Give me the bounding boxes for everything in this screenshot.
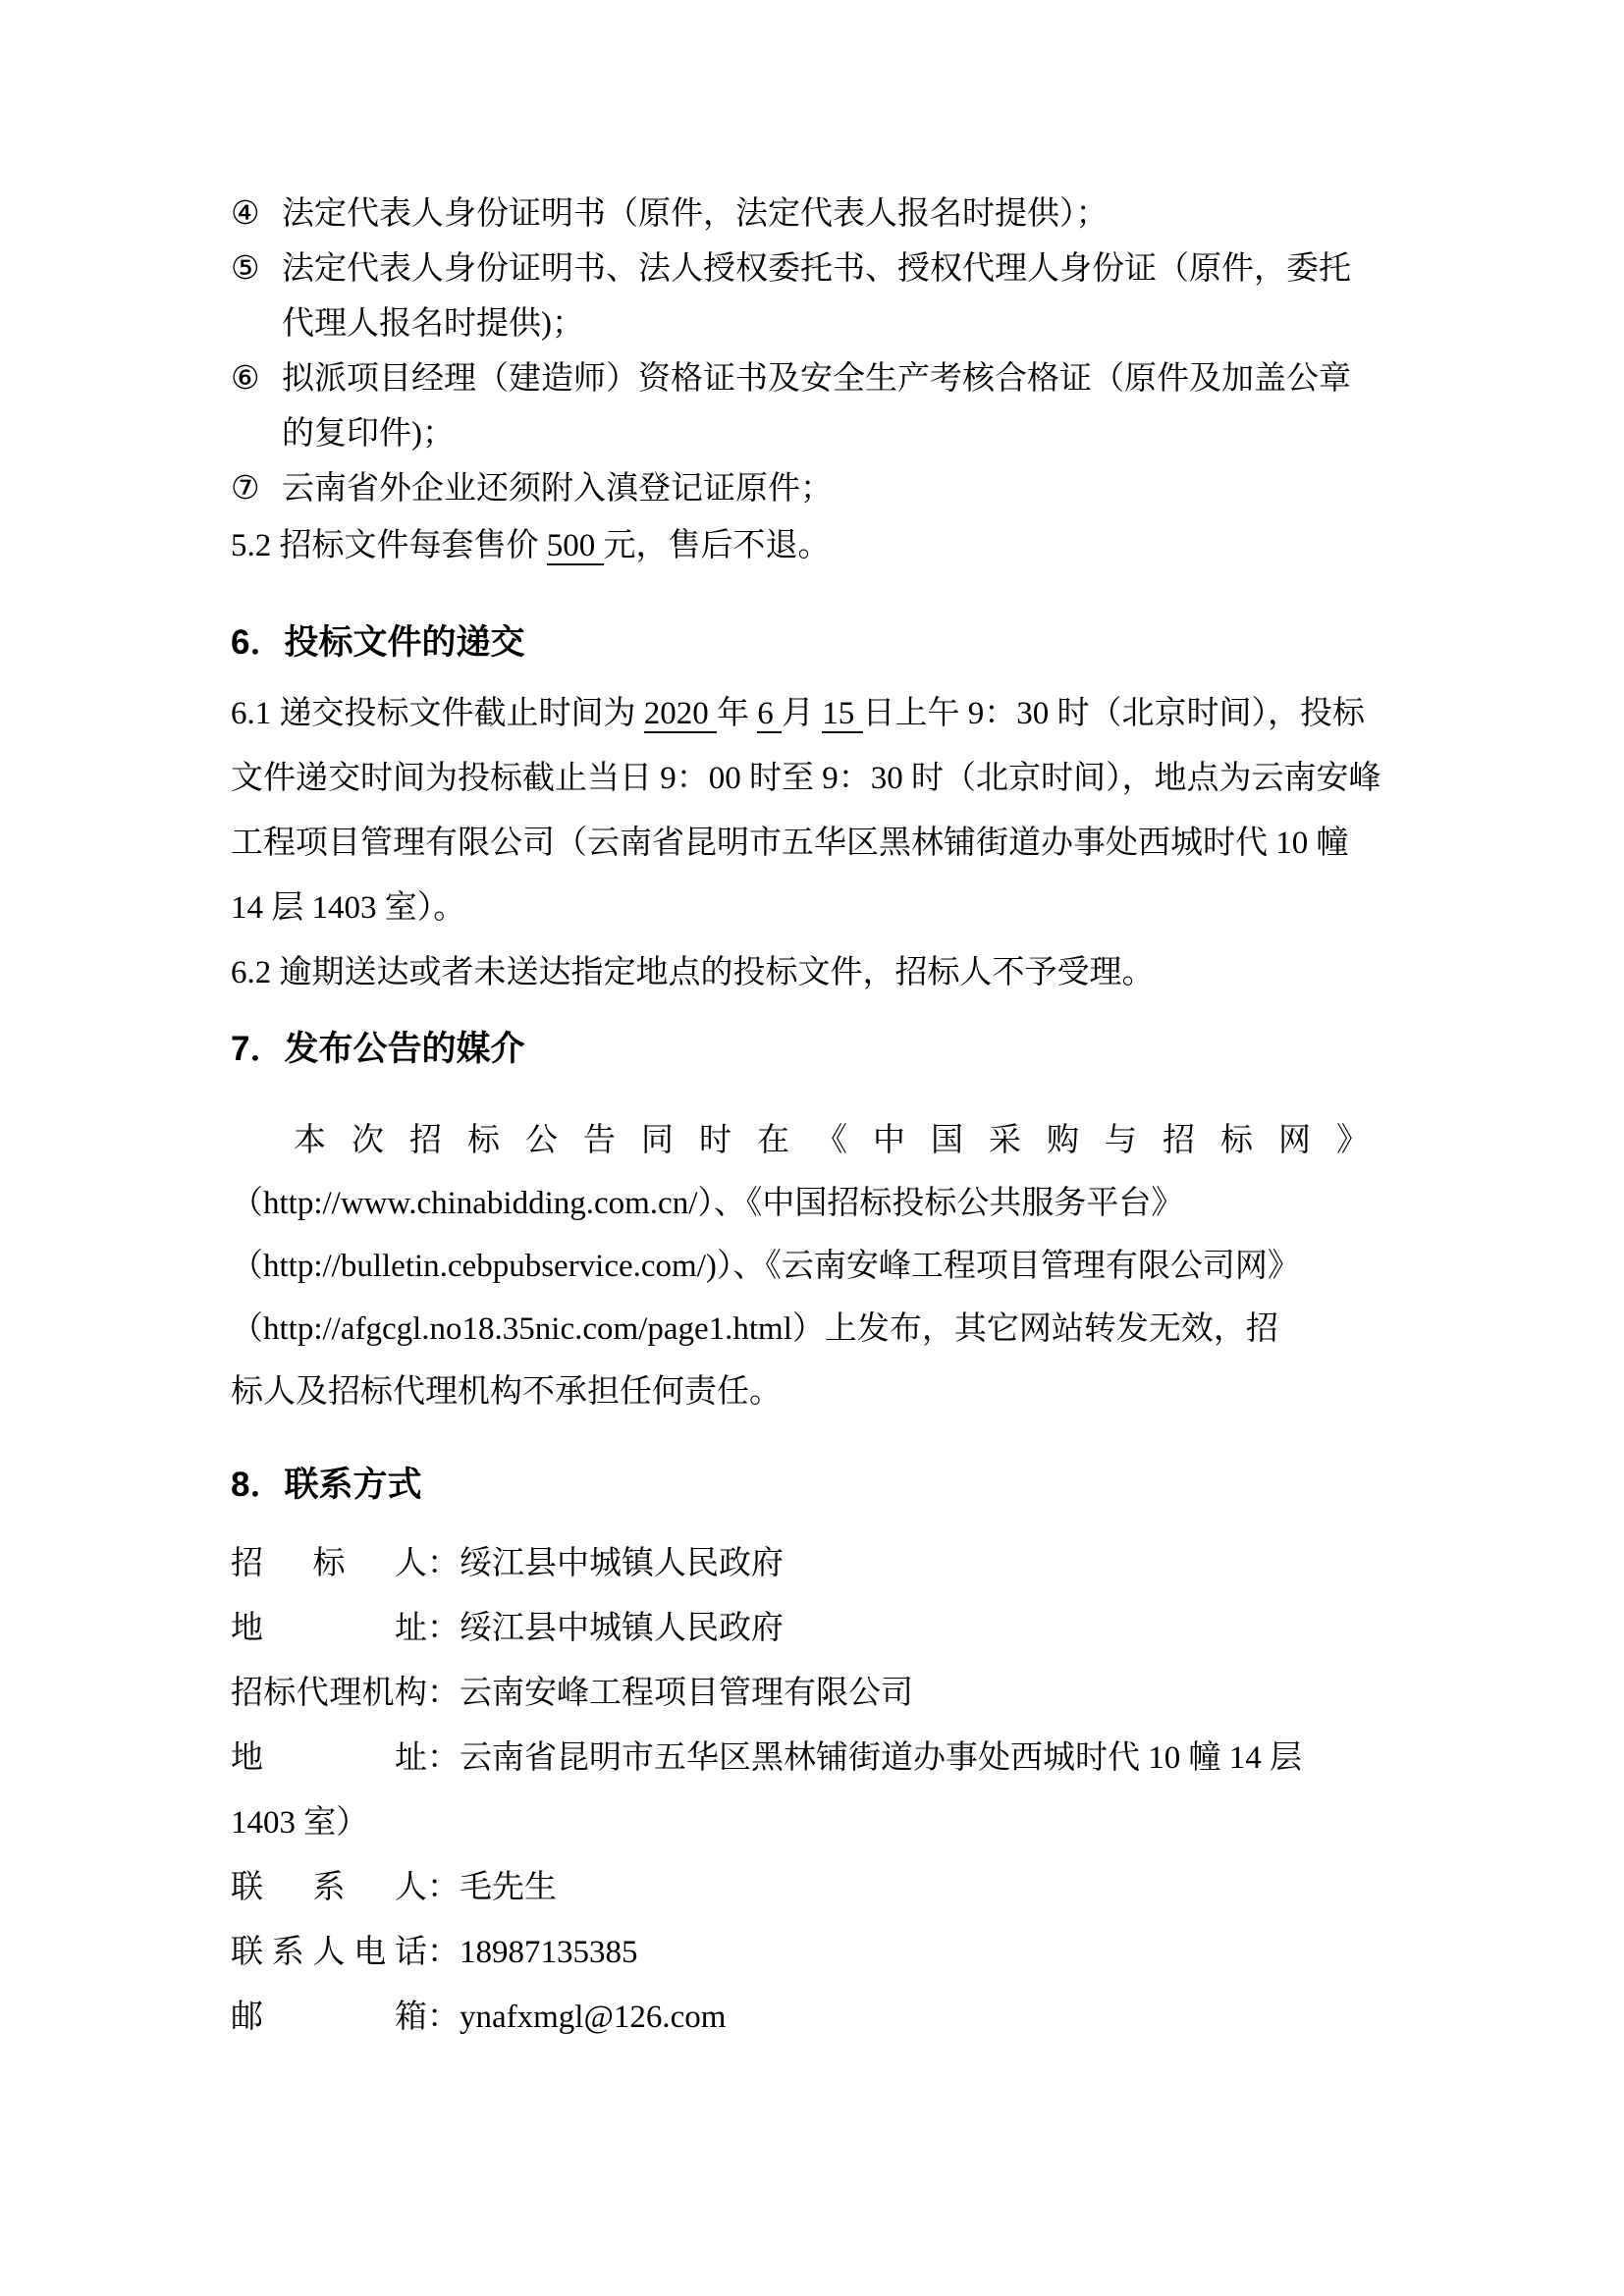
list-item-7: ⑦ 云南省外企业还须附入滇登记证原件； — [231, 461, 1428, 516]
deadline-day-value: 15 — [822, 696, 862, 733]
contact-row-agency: 招标代理机构：云南安峰工程项目管理有限公司 — [231, 1661, 1428, 1726]
clause-6-1-paragraph: 6.1 递交投标文件截止时间为 2020 年 6 月 15 日上午 9：30 时… — [231, 681, 1428, 940]
agency-address-continuation: 1403 室） — [231, 1790, 1428, 1855]
phone-label: 联系人电话 — [231, 1920, 427, 1985]
clause-6-1-line-2: 文件递交时间为投标截止当日 9：00 时至 9：30 时（北京时间），地点为云南… — [231, 746, 1428, 811]
clause-5-2-suffix: 元，售后不退。 — [604, 528, 831, 563]
publication-media-line-1: 本次招标公告同时在《中国采购与招标网》 — [231, 1109, 1428, 1172]
publication-media-line-5: 标人及招标代理机构不承担任何责任。 — [231, 1361, 1428, 1423]
list-item-6-text-line-2: 的复印件)； — [282, 406, 1428, 461]
list-item-6: ⑥ 拟派项目经理（建造师）资格证书及安全生产考核合格证（原件及加盖公章 的复印件… — [231, 351, 1428, 461]
publication-media-line-4: （http://afgcgl.no18.35nic.com/page1.html… — [231, 1298, 1428, 1361]
agency-address-label: 地址 — [231, 1726, 427, 1790]
agency-name: 云南安峰工程项目管理有限公司 — [460, 1676, 913, 1711]
list-item-4: ④ 法定代表人身份证明书（原件，法定代表人报名时提供）； — [231, 187, 1428, 241]
publication-media-paragraph: 本次招标公告同时在《中国采购与招标网》 （http://www.chinabid… — [231, 1109, 1428, 1423]
contact-person-name: 毛先生 — [460, 1870, 557, 1905]
clause-6-2: 6.2 逾期送达或者未送达指定地点的投标文件，招标人不予受理。 — [231, 940, 1428, 1005]
list-item-5: ⑤ 法定代表人身份证明书、法人授权委托书、授权代理人身份证（原件，委托 代理人报… — [231, 241, 1428, 351]
contact-row-email: 邮箱：ynafxmgl@126.com — [231, 1985, 1428, 2050]
agency-label: 招标代理机构 — [231, 1661, 427, 1726]
deadline-intro-text: 6.1 递交投标文件截止时间为 — [231, 696, 644, 731]
year-unit-label: 年 — [717, 696, 757, 731]
list-item-5-body: 法定代表人身份证明书、法人授权委托书、授权代理人身份证（原件，委托 代理人报名时… — [282, 241, 1428, 351]
deadline-month-value: 6 — [757, 696, 782, 733]
bidder-address-value: 绥江县中城镇人民政府 — [460, 1611, 784, 1646]
contact-row-person: 联系人：毛先生 — [231, 1855, 1428, 1920]
list-item-4-text: 法定代表人身份证明书（原件，法定代表人报名时提供）； — [282, 187, 1428, 241]
deadline-year-value: 2020 — [644, 696, 717, 733]
contact-row-agency-address: 地址：云南省昆明市五华区黑林铺街道办事处西城时代 10 幢 14 层 — [231, 1726, 1428, 1790]
bidder-address-label: 地址 — [231, 1596, 427, 1661]
clause-6-1-line-1: 6.1 递交投标文件截止时间为 2020 年 6 月 15 日上午 9：30 时… — [231, 681, 1428, 746]
contact-row-bidder-address: 地址：绥江县中城镇人民政府 — [231, 1596, 1428, 1661]
list-item-7-text: 云南省外企业还须附入滇登记证原件； — [282, 461, 1428, 516]
section-7-heading: 7．发布公告的媒介 — [231, 1025, 1428, 1074]
contact-info-block: 招标人：绥江县中城镇人民政府 地址：绥江县中城镇人民政府 招标代理机构：云南安峰… — [231, 1531, 1428, 2050]
contact-row-bidder: 招标人：绥江县中城镇人民政府 — [231, 1531, 1428, 1596]
circled-number-5-marker: ⑤ — [231, 241, 282, 351]
deadline-time-text: 日上午 9：30 时（北京时间），投标 — [863, 696, 1366, 731]
agency-colon: ： — [427, 1676, 460, 1711]
bid-document-price-value: 500 — [547, 528, 604, 565]
qualification-document-list: ④ 法定代表人身份证明书（原件，法定代表人报名时提供）； ⑤ 法定代表人身份证明… — [231, 187, 1428, 516]
bidder-label: 招标人 — [231, 1531, 427, 1596]
publication-media-line-2: （http://www.chinabidding.com.cn/）、《中国招标投… — [231, 1172, 1428, 1235]
list-item-6-text-line-1: 拟派项目经理（建造师）资格证书及安全生产考核合格证（原件及加盖公章 — [282, 351, 1428, 406]
list-item-5-text-line-1: 法定代表人身份证明书、法人授权委托书、授权代理人身份证（原件，委托 — [282, 241, 1428, 296]
clause-6-1-line-3: 工程项目管理有限公司（云南省昆明市五华区黑林铺街道办事处西城时代 10 幢 — [231, 811, 1428, 876]
circled-number-4-marker: ④ — [231, 187, 282, 241]
contact-person-colon: ： — [427, 1870, 460, 1905]
clause-5-2-prefix: 5.2 招标文件每套售价 — [231, 528, 547, 563]
contact-person-label: 联系人 — [231, 1855, 427, 1920]
clause-6-1-line-4: 14 层 1403 室）。 — [231, 876, 1428, 940]
month-unit-label: 月 — [782, 696, 822, 731]
agency-address-colon: ： — [427, 1740, 460, 1776]
email-label: 邮箱 — [231, 1985, 427, 2050]
list-item-7-body: 云南省外企业还须附入滇登记证原件； — [282, 461, 1428, 516]
phone-colon: ： — [427, 1935, 460, 1970]
clause-5-2: 5.2 招标文件每套售价 500 元，售后不退。 — [231, 518, 1428, 573]
agency-address-value: 云南省昆明市五华区黑林铺街道办事处西城时代 10 幢 14 层 — [460, 1740, 1302, 1776]
email-colon: ： — [427, 2000, 460, 2035]
contact-row-phone: 联系人电话：18987135385 — [231, 1920, 1428, 1985]
bidder-address-colon: ： — [427, 1611, 460, 1646]
circled-number-6-marker: ⑥ — [231, 351, 282, 461]
section-6-heading: 6．投标文件的递交 — [231, 618, 1428, 667]
bidder-name: 绥江县中城镇人民政府 — [460, 1546, 784, 1581]
publication-media-line-3: （http://bulletin.cebpubservice.com/)）、《云… — [231, 1235, 1428, 1298]
list-item-6-body: 拟派项目经理（建造师）资格证书及安全生产考核合格证（原件及加盖公章 的复印件)； — [282, 351, 1428, 461]
circled-number-7-marker: ⑦ — [231, 461, 282, 516]
phone-number: 18987135385 — [460, 1935, 638, 1970]
list-item-5-text-line-2: 代理人报名时提供)； — [282, 296, 1428, 351]
email-address: ynafxmgl@126.com — [460, 2000, 726, 2035]
bidder-colon: ： — [427, 1546, 460, 1581]
section-8-heading: 8．联系方式 — [231, 1461, 1428, 1510]
document-page: ④ 法定代表人身份证明书（原件，法定代表人报名时提供）； ⑤ 法定代表人身份证明… — [0, 0, 1624, 2296]
list-item-4-body: 法定代表人身份证明书（原件，法定代表人报名时提供）； — [282, 187, 1428, 241]
